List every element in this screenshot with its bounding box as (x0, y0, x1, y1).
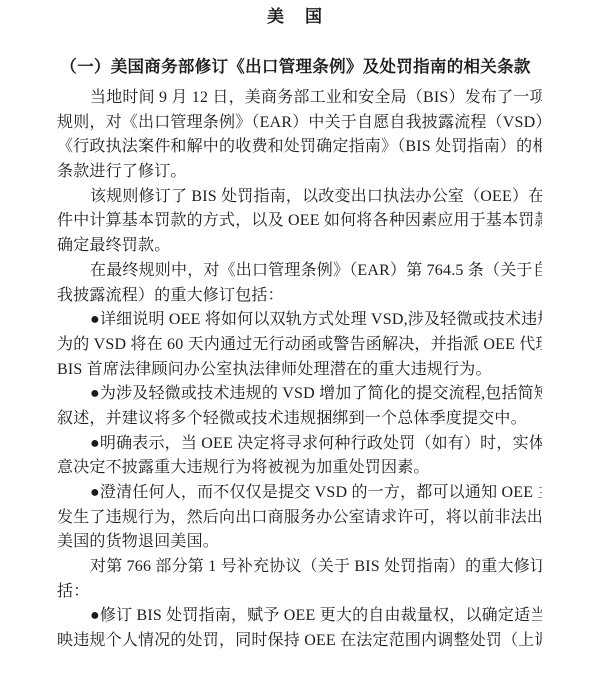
text-line: 美国的货物退回美国。 (57, 530, 542, 555)
bullet-text-line: ●明确表示，当 OEE 决定将寻求何种行政处罚（如有）时，实体故 (57, 432, 542, 457)
bullet-text-line: ●详细说明 OEE 将如何以双轨方式处理 VSD,涉及轻微或技术违规行 (57, 308, 542, 333)
text-line: 意决定不披露重大违规行为将被视为加重处罚因素。 (57, 456, 542, 481)
text-line: 确定最终罚款。 (57, 234, 542, 259)
document-title: 美 国 (0, 0, 591, 29)
text-line: 叙述，并建议将多个轻微或技术违规捆绑到一个总体季度提交中。 (57, 407, 542, 432)
text-line: 件中计算基本罚款的方式，以及 OEE 如何将各种因素应用于基本罚款以 (57, 209, 542, 234)
text-line: 为的 VSD 将在 60 天内通过无行动函或警告函解决，并指派 OEE 代理和 (57, 333, 542, 358)
text-line: BIS 首席法律顾问办公室执法律师处理潜在的重大违规行为。 (57, 358, 542, 383)
text-line: 对第 766 部分第 1 号补充协议（关于 BIS 处罚指南）的重大修订包 (57, 555, 542, 580)
document-body: 当地时间 9 月 12 日，美商务部工业和安全局（BIS）发布了一项最终 规则，… (0, 86, 591, 654)
text-line: 括： (57, 580, 542, 605)
text-line: 在最终规则中，对《出口管理条例》（EAR）第 764.5 条（关于自愿自 (57, 259, 542, 284)
text-line: 映违规个人情况的处罚，同时保持 OEE 在法定范围内调整处罚（上调或 (57, 629, 542, 654)
text-line: 我披露流程）的重大修订包括： (57, 284, 542, 309)
section-heading: （一）美国商务部修订《出口管理条例》及处罚指南的相关条款 (0, 55, 591, 79)
text-line: 《行政执法案件和解中的收费和处罚确定指南》（BIS 处罚指南）的相关 (57, 135, 542, 160)
text-line: 规则，对《出口管理条例》（EAR）中关于自愿自我披露流程（VSD） 以及 (57, 111, 542, 136)
text-line: 当地时间 9 月 12 日，美商务部工业和安全局（BIS）发布了一项最终 (57, 86, 542, 111)
document-page: 美 国 （一）美国商务部修订《出口管理条例》及处罚指南的相关条款 当地时间 9 … (0, 0, 591, 679)
bullet-text-line: ●澄清任何人，而不仅仅是提交 VSD 的一方，都可以通知 OEE 主任 (57, 481, 542, 506)
bullet-text-line: ●修订 BIS 处罚指南，赋予 OEE 更大的自由裁量权，以确定适当反 (57, 604, 542, 629)
text-line: 条款进行了修订。 (57, 160, 542, 185)
text-line: 该规则修订了 BIS 处罚指南，以改变出口执法办公室（OEE）在行政案 (57, 185, 542, 210)
text-line: 发生了违规行为，然后向出口商服务办公室请求许可，将以前非法出口到 (57, 506, 542, 531)
bullet-text-line: ●为涉及轻微或技术违规的 VSD 增加了简化的提交流程,包括简短的 (57, 382, 542, 407)
